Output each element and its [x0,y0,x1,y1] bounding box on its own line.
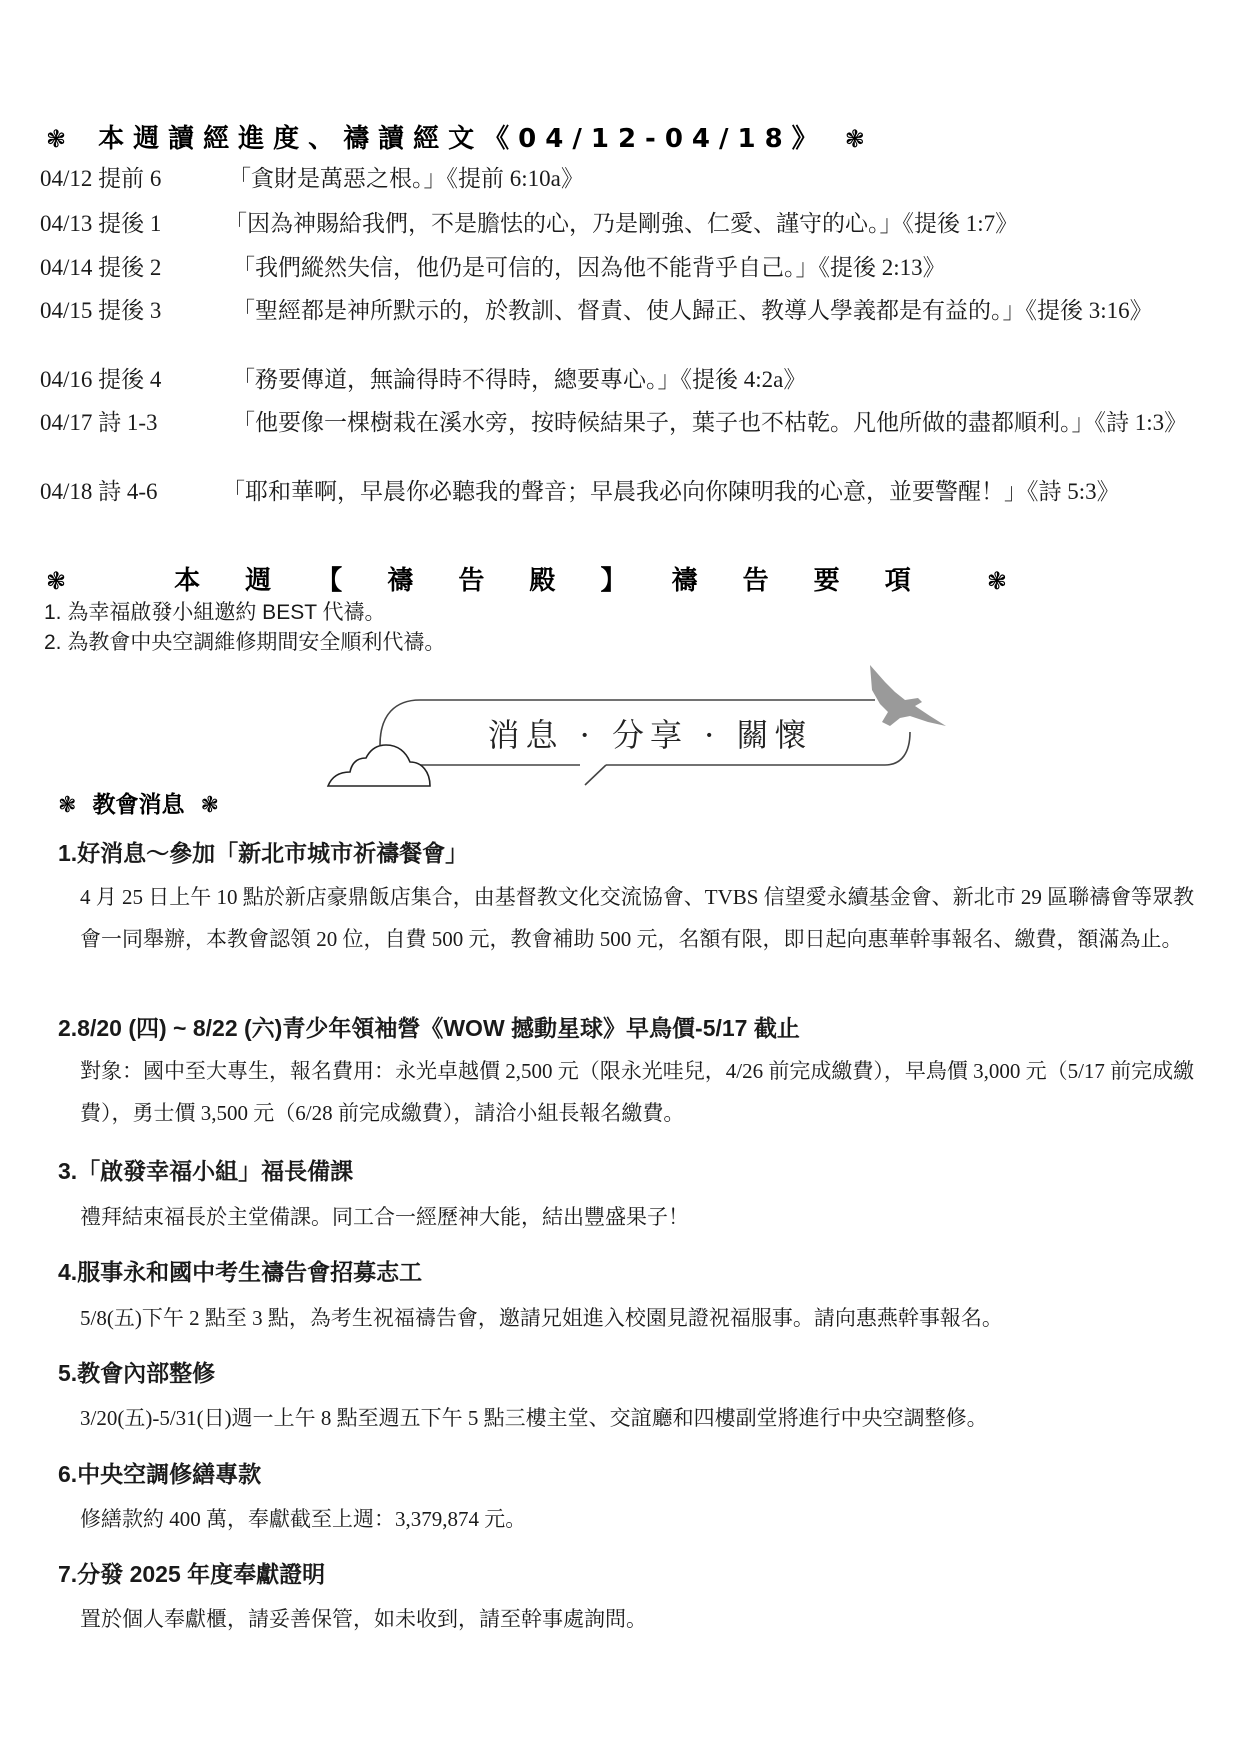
reading-verse: 「貪財是萬惡之根。」《提前 6:10a》 [228,166,1228,192]
announcement-title: 5.教會內部整修 [58,1355,215,1388]
cloud-icon [326,730,446,790]
announcement-body: 對象：國中至大專生，報名費用：永光卓越價 2,500 元（限永光哇兒，4/26 … [80,1050,1200,1134]
prayer-item: 1. 為幸福啟發小組邀約 BEST 代禱。 [44,596,386,626]
announcement-title: 1.好消息～參加「新北市城市祈禱餐會」 [58,835,468,868]
announcement-title: 4.服事永和國中考生禱告會招募志工 [58,1254,422,1287]
announcement-body: 置於個人奉獻櫃，請妥善保管，如未收到，請至幹事處詢問。 [80,1598,1200,1640]
announcement-body: 修繕款約 400 萬，奉獻截至上週：3,379,874 元。 [80,1498,1200,1540]
prayer-title-char: 】 [583,560,645,597]
reading-ref: 04/14 提後 2 [40,255,161,281]
reading-verse: 「聖經都是神所默示的，於教訓、督責、使人歸正、教導人學義都是有益的。」《提後 3… [218,298,1223,324]
flower-icon: ❃ [46,125,66,153]
reading-ref: 04/13 提後 1 [40,211,161,237]
prayer-title-char: 禱 [654,560,716,597]
reading-ref: 04/16 提後 4 [40,367,161,393]
eagle-icon [850,660,950,735]
announcement-body: 5/8(五)下午 2 點至 3 點，為考生祝福禱告會，邀請兄姐進入校園見證祝福服… [80,1297,1200,1339]
flower-icon: ❃ [200,793,218,818]
prayer-title-char: 項 [867,560,929,597]
reading-verse: 「務要傳道，無論得時不得時，總要專心。」《提後 4:2a》 [232,367,1232,393]
reading-ref: 04/17 詩 1-3 [40,410,158,436]
reading-title-text: 本週讀經進度、禱讀經文《04/12-04/18》 [98,124,827,154]
announcement-title: 7.分發 2025 年度奉獻證明 [58,1556,325,1589]
prayer-item: 2. 為教會中央空調維修期間安全順利代禱。 [44,626,445,656]
prayer-title-char: 本 [156,560,218,597]
prayer-title-char: 【 [298,560,360,597]
announcement-body: 3/20(五)-5/31(日)週一上午 8 點至週五下午 5 點三樓主堂、交誼廳… [80,1397,1200,1439]
reading-section-title: ❃ 本週讀經進度、禱讀經文《04/12-04/18》 ❃ [46,118,865,155]
flower-icon: ❃ [845,125,865,153]
prayer-section-title: ❃ 本 週 【 禱 告 殿 】 禱 告 要 項 ❃ [46,560,1007,597]
reading-ref: 04/12 提前 6 [40,166,161,192]
flower-icon: ❃ [58,793,76,818]
announcement-title: 3.「啟發幸福小組」福長備課 [58,1153,353,1186]
news-title-text: 教會消息 [92,792,184,818]
prayer-title-char: 告 [440,560,502,597]
flower-icon: ❃ [987,567,1007,595]
prayer-title-char: 告 [725,560,787,597]
reading-verse: 「耶和華啊，早晨你必聽我的聲音；早晨我必向你陳明我的心意，並要警醒！」《詩 5:… [222,479,1222,505]
announcement-title: 6.中央空調修繕專款 [58,1456,261,1489]
announcement-title: 2.8/20 (四) ~ 8/22 (六)青少年領袖營《WOW 撼動星球》早鳥價… [58,1010,800,1043]
reading-verse: 「因為神賜給我們，不是膽怯的心，乃是剛強、仁愛、謹守的心。」《提後 1:7》 [224,211,1224,237]
reading-verse: 「他要像一棵樹栽在溪水旁，按時候結果子，葉子也不枯乾。凡他所做的盡都順利。」《詩… [218,410,1223,436]
news-banner: 消息 · 分享 · 關懷 [310,660,970,800]
prayer-title-char: 禱 [369,560,431,597]
prayer-title-char: 週 [227,560,289,597]
prayer-title-char: 要 [796,560,858,597]
banner-title: 消息 · 分享 · 關懷 [440,710,860,756]
news-section-title: ❃ 教會消息 ❃ [58,786,219,819]
prayer-title-char: 殿 [511,560,573,597]
reading-ref: 04/15 提後 3 [40,298,161,324]
announcement-body: 禮拜結束福長於主堂備課。同工合一經歷神大能，結出豐盛果子！ [80,1196,1200,1238]
reading-ref: 04/18 詩 4-6 [40,479,158,505]
flower-icon: ❃ [46,567,108,595]
announcement-body: 4 月 25 日上午 10 點於新店豪鼎飯店集合，由基督教文化交流協會、TVBS… [80,876,1200,960]
reading-verse: 「我們縱然失信，他仍是可信的，因為他不能背乎自己。」《提後 2:13》 [232,255,1232,281]
